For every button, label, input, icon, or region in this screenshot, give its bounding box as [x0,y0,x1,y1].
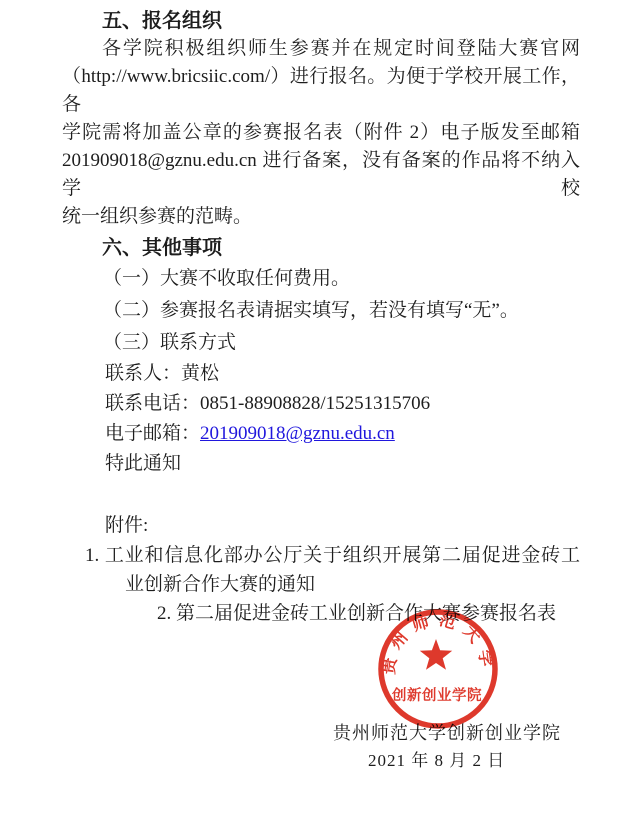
attachments-label: 附件: [62,511,580,541]
attachment-item-continuation: 业创新合作大赛的通知 [62,570,580,599]
paragraph-line: 各学院积极组织师生参赛并在规定时间登陆大赛官网 [62,35,580,63]
document-page: 五、报名组织 各学院积极组织师生参赛并在规定时间登陆大赛官网 （http://w… [0,0,643,823]
paragraph-line: （http://www.bricsiic.com/）进行报名。为便于学校开展工作… [62,63,580,119]
attachment-item: 1. 工业和信息化部办公厅关于组织开展第二届促进金砖工 [62,541,580,570]
signature-date: 2021 年 8 月 2 日 [62,746,580,776]
seal-bottom-text: 创新创业学院 [391,686,482,704]
email-link[interactable]: 201909018@gznu.edu.cn [200,423,395,444]
seal-star-icon [420,639,452,670]
contact-email-line: 电子邮箱：201909018@gznu.edu.cn [62,419,580,449]
attachments-list: 1. 工业和信息化部办公厅关于组织开展第二届促进金砖工 业创新合作大赛的通知 2… [62,541,580,628]
list-item: （二）参赛报名表请据实填写，若没有填写“无”。 [62,295,580,327]
paragraph-line: 201909018@gznu.edu.cn 进行备案，没有备案的作品将不纳入学校 [62,147,580,203]
section6-items: （一）大赛不收取任何费用。 （二）参赛报名表请据实填写，若没有填写“无”。 （三… [62,263,580,359]
signature-org: 贵州师范大学创新创业学院 [62,720,580,746]
section5-heading: 五、报名组织 [62,7,580,35]
paragraph-line: 统一组织参赛的范畴。 [62,203,580,231]
section5-paragraph: 各学院积极组织师生参赛并在规定时间登陆大赛官网 （http://www.bric… [62,35,580,231]
list-item: （一）大赛不收取任何费用。 [62,263,580,295]
contact-person: 联系人：黄松 [62,359,580,389]
contact-phone: 联系电话：0851-88908828/15251315706 [62,389,580,419]
contact-block: 联系人：黄松 联系电话：0851-88908828/15251315706 电子… [62,359,580,479]
list-item: （三）联系方式 [62,327,580,359]
email-label: 电子邮箱： [105,423,200,444]
attachment-item: 2. 第二届促进金砖工业创新合作大赛参赛报名表 [62,599,580,628]
closing-notice: 特此通知 [62,449,580,479]
seal-ring [381,612,495,726]
paragraph-line: 学院需将加盖公章的参赛报名表（附件 2）电子版发至邮箱 [62,119,580,147]
section6-heading: 六、其他事项 [62,233,580,263]
